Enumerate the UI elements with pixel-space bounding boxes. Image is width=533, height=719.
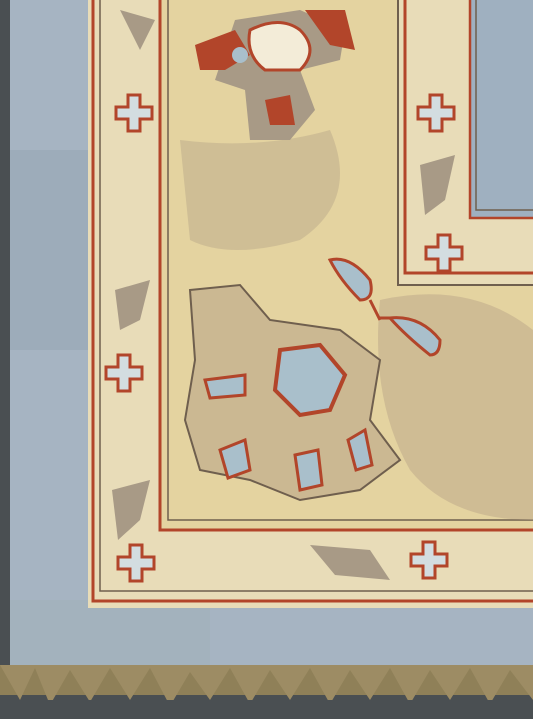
rug-photo xyxy=(0,0,533,719)
rug-illustration xyxy=(0,0,533,719)
fringe xyxy=(0,665,533,719)
central-field xyxy=(470,0,533,218)
